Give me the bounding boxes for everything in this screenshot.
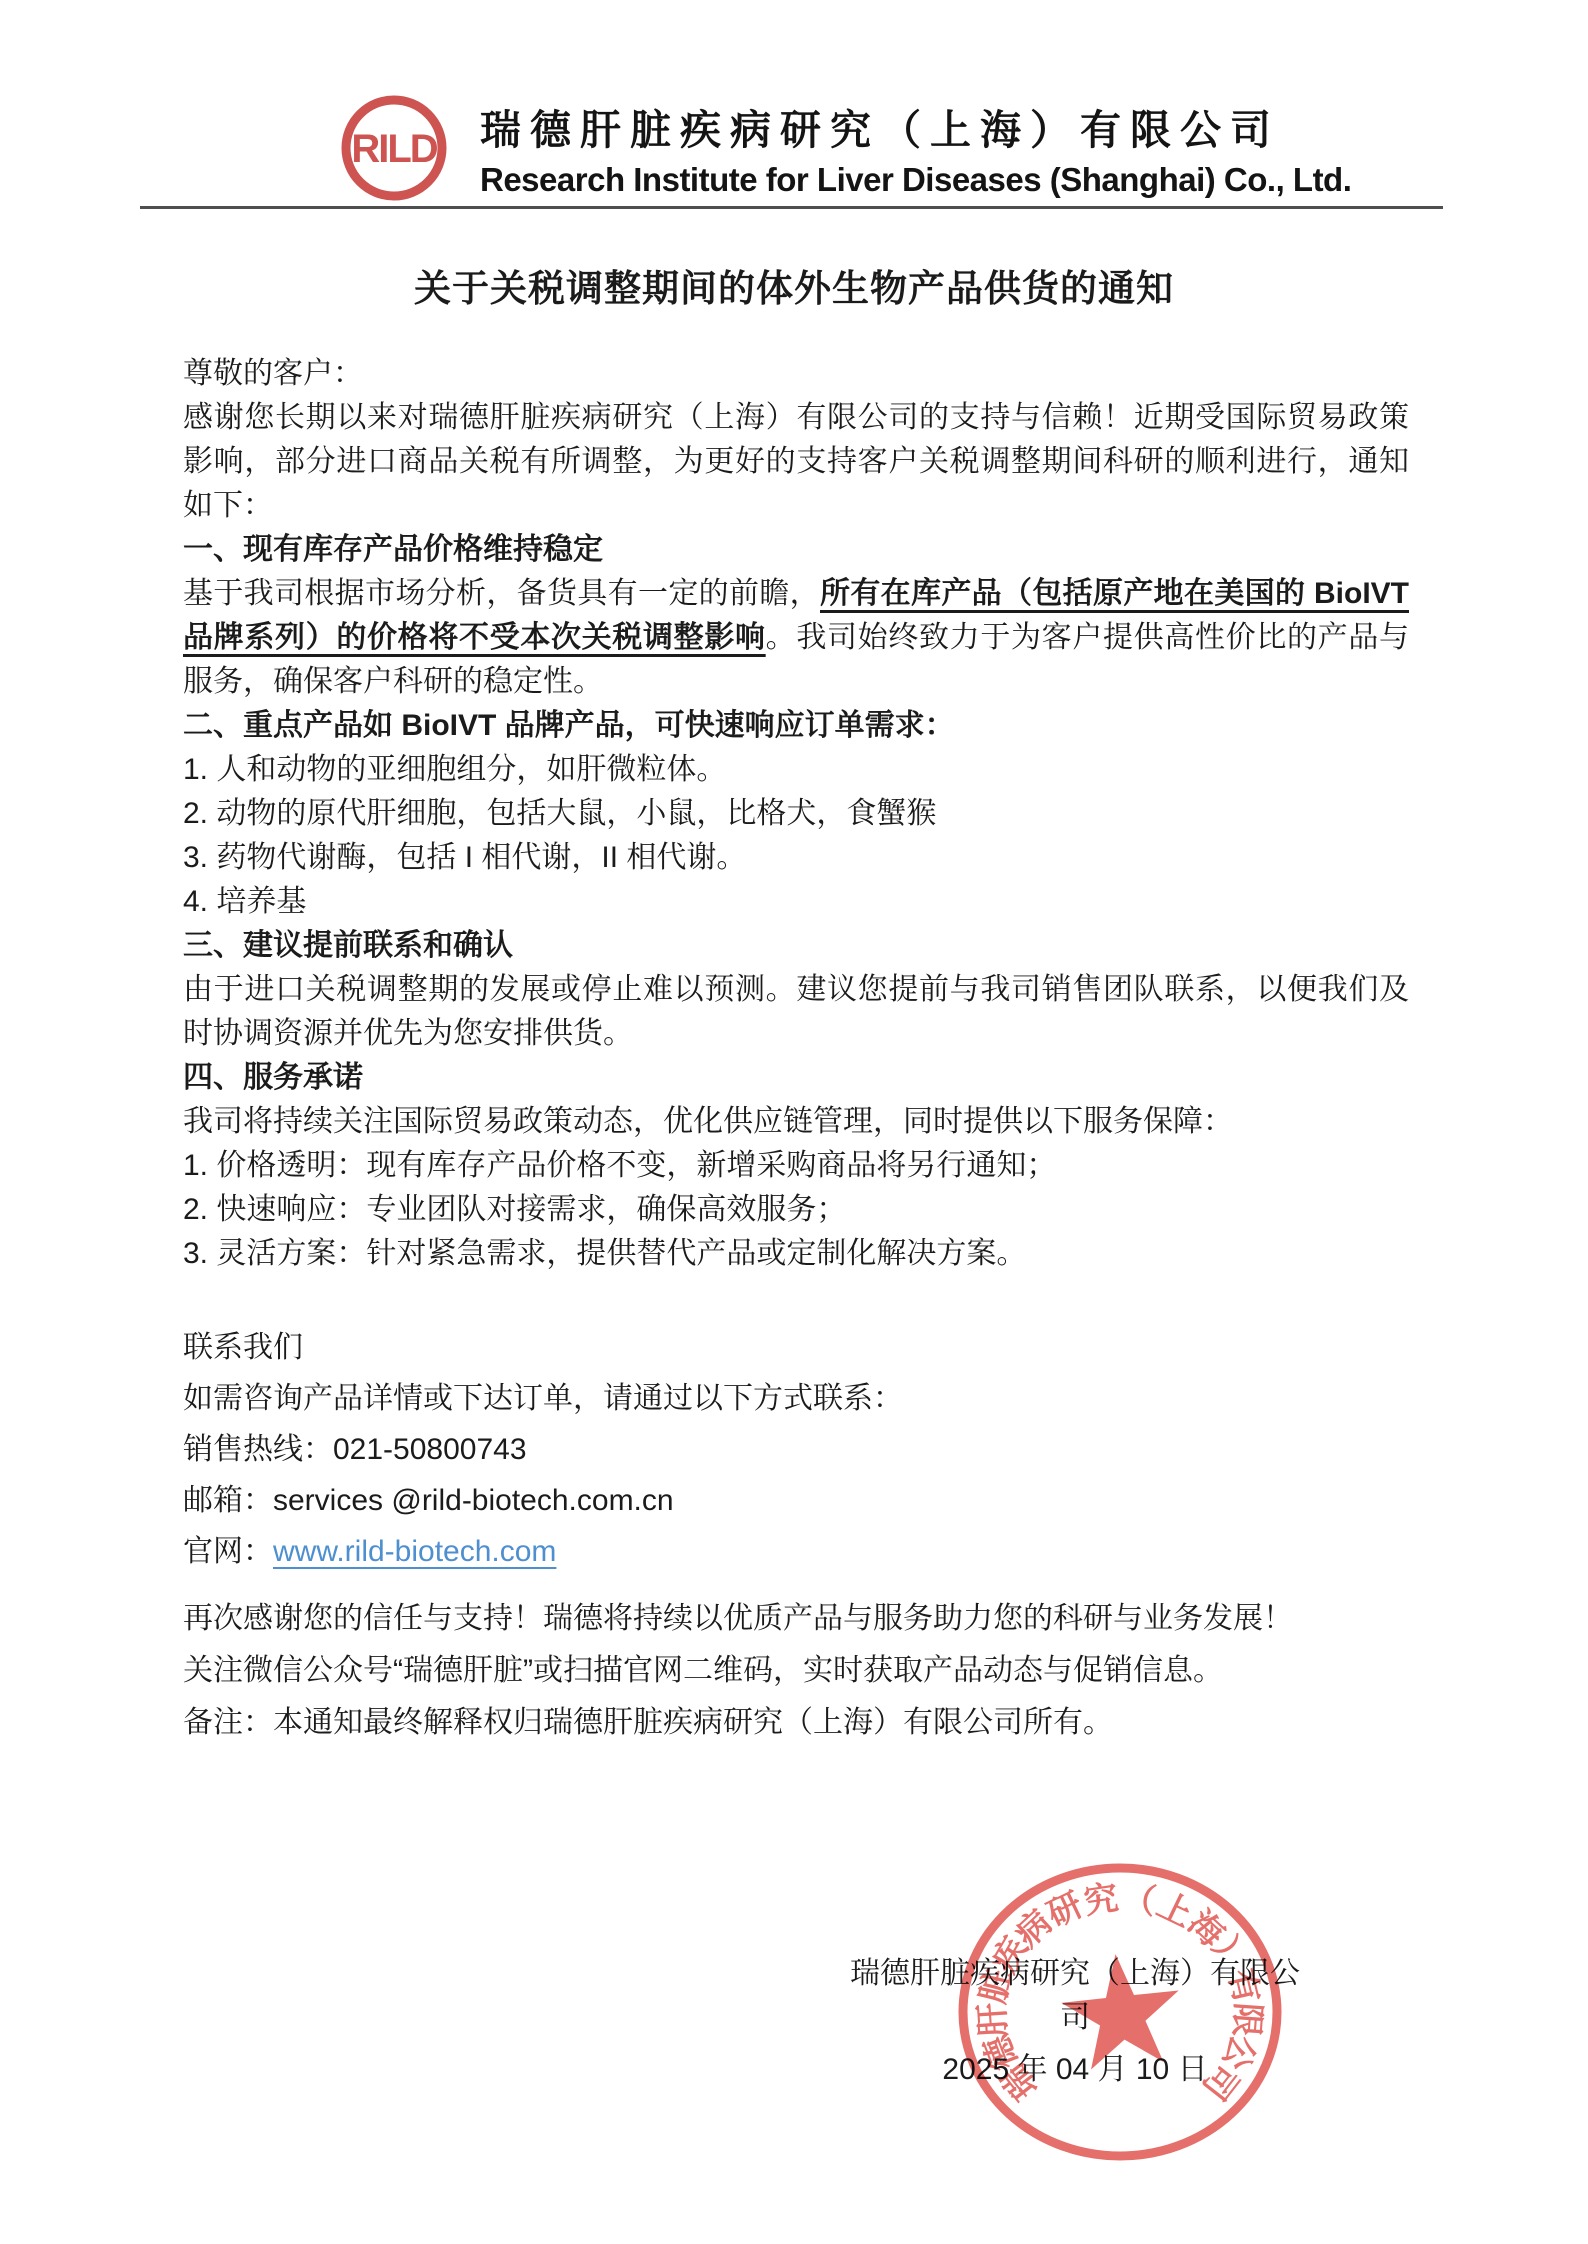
closing-note: 备注：本通知最终解释权归瑞德肝脏疾病研究（上海）有限公司所有。 [183, 1697, 1409, 1749]
list-item: 2. 动物的原代肝细胞，包括大鼠，小鼠，比格犬，食蟹猴 [183, 792, 1409, 836]
header-divider [140, 206, 1443, 209]
contact-intro: 如需咨询产品详情或下达订单，请通过以下方式联系： [183, 1373, 1409, 1424]
svg-text:究: 究 [1081, 1878, 1120, 1922]
company-logo-icon: RILD [338, 92, 450, 204]
section1-text-before: 基于我司根据市场分析，备货具有一定的前瞻， [183, 577, 820, 610]
signature-date: 2025 年 04 月 10 日 [845, 2048, 1305, 2092]
closing-thanks: 再次感谢您的信任与支持！瑞德将持续以优质产品与服务助力您的科研与业务发展！ [183, 1593, 1409, 1645]
section3-heading: 三、建议提前联系和确认 [183, 924, 1409, 968]
svg-text:（: （ [1119, 1879, 1158, 1922]
section3-paragraph: 由于进口关税调整期的发展或停止难以预测。建议您提前与我司销售团队联系，以便我们及… [183, 968, 1409, 1056]
intro-paragraph: 感谢您长期以来对瑞德肝脏疾病研究（上海）有限公司的支持与信赖！近期受国际贸易政策… [183, 396, 1409, 528]
svg-text:上: 上 [1151, 1886, 1198, 1935]
contact-email: 邮箱：services @rild-biotech.com.cn [183, 1475, 1409, 1526]
svg-text:研: 研 [1042, 1886, 1089, 1935]
letterhead: RILD 瑞德肝脏疾病研究（上海）有限公司 Research Institute… [338, 92, 1351, 204]
list-item: 3. 药物代谢酶，包括 I 相代谢，II 相代谢。 [183, 836, 1409, 880]
hotline-number: 021-50800743 [333, 1433, 527, 1466]
list-item: 2. 快速响应：专业团队对接需求，确保高效服务； [183, 1188, 1409, 1232]
company-name-en: Research Institute for Liver Diseases (S… [480, 161, 1351, 199]
logo-text: RILD [351, 127, 437, 171]
section1-heading: 一、现有库存产品价格维持稳定 [183, 528, 1409, 572]
list-item: 1. 价格透明：现有库存产品价格不变，新增采购商品将另行通知； [183, 1144, 1409, 1188]
section1-paragraph: 基于我司根据市场分析，备货具有一定的前瞻，所有在库产品（包括原产地在美国的 Bi… [183, 572, 1409, 704]
closing-wechat: 关注微信公众号“瑞德肝脏”或扫描官网二维码，实时获取产品动态与促销信息。 [183, 1645, 1409, 1697]
company-name-block: 瑞德肝脏疾病研究（上海）有限公司 Research Institute for … [480, 97, 1351, 199]
hotline-label: 销售热线： [183, 1433, 333, 1466]
section4-heading: 四、服务承诺 [183, 1056, 1409, 1100]
company-name-zh: 瑞德肝脏疾病研究（上海）有限公司 [480, 97, 1351, 156]
list-item: 4. 培养基 [183, 880, 1409, 924]
email-label: 邮箱： [183, 1484, 273, 1517]
website-label: 官网： [183, 1535, 273, 1568]
closing-block: 再次感谢您的信任与支持！瑞德将持续以优质产品与服务助力您的科研与业务发展！ 关注… [183, 1593, 1409, 1749]
signature-block: 瑞德肝脏疾病研究（上海）有限公司 2025 年 04 月 10 日 [845, 1952, 1305, 2092]
salutation: 尊敬的客户： [183, 352, 1409, 396]
list-item: 1. 人和动物的亚细胞组分，如肝微粒体。 [183, 748, 1409, 792]
email-address: services @rild-biotech.com.cn [273, 1484, 674, 1517]
svg-text:海: 海 [1181, 1903, 1232, 1954]
document-title: 关于关税调整期间的体外生物产品供货的通知 [0, 268, 1588, 312]
contact-block: 联系我们 如需咨询产品详情或下达订单，请通过以下方式联系： 销售热线：021-5… [183, 1322, 1409, 1577]
contact-heading: 联系我们 [183, 1322, 1409, 1373]
contact-hotline: 销售热线：021-50800743 [183, 1424, 1409, 1475]
section4-paragraph: 我司将持续关注国际贸易政策动态，优化供应链管理，同时提供以下服务保障： [183, 1100, 1409, 1144]
signature-company: 瑞德肝脏疾病研究（上海）有限公司 [845, 1952, 1305, 2040]
website-link[interactable]: www.rild-biotech.com [273, 1535, 556, 1568]
contact-website: 官网：www.rild-biotech.com [183, 1526, 1409, 1577]
list-item: 3. 灵活方案：针对紧急需求，提供替代产品或定制化解决方案。 [183, 1232, 1409, 1276]
section2-heading: 二、重点产品如 BioIVT 品牌产品，可快速响应订单需求： [183, 704, 1409, 748]
svg-text:病: 病 [1009, 1903, 1060, 1954]
document-page: RILD 瑞德肝脏疾病研究（上海）有限公司 Research Institute… [0, 0, 1588, 2244]
document-body: 尊敬的客户： 感谢您长期以来对瑞德肝脏疾病研究（上海）有限公司的支持与信赖！近期… [183, 352, 1409, 1749]
